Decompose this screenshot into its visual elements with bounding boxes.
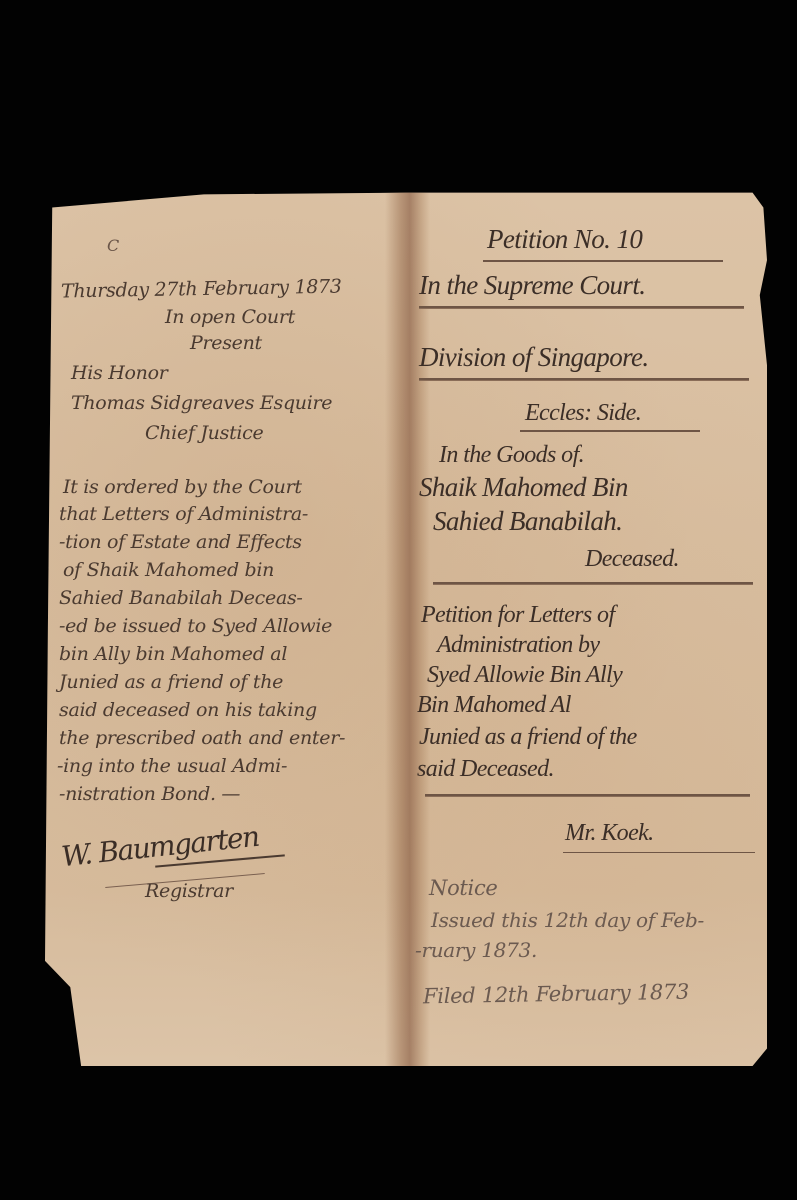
- order-line-9: said deceased on his taking: [59, 699, 317, 721]
- rule: [483, 260, 723, 262]
- document-sheet: C Thursday 27th February 1873 In open Co…: [45, 190, 767, 1066]
- petition-line-2: Administration by: [437, 632, 599, 659]
- rule: [425, 794, 750, 797]
- order-line-12: -nistration Bond. —: [59, 783, 240, 805]
- in-open-court: In open Court: [165, 306, 295, 328]
- rule: [563, 852, 755, 853]
- court-heading: In the Supreme Court.: [419, 270, 645, 301]
- deceased-name-line-2: Sahied Banabilah.: [433, 506, 622, 537]
- order-line-8: Junied as a friend of the: [59, 671, 283, 693]
- in-the-goods-of: In the Goods of.: [439, 442, 584, 469]
- order-line-3: -tion of Estate and Effects: [59, 531, 302, 553]
- petition-line-1: Petition for Letters of: [421, 602, 615, 629]
- petition-line-4: Bin Mahomed Al: [417, 692, 571, 719]
- division-heading: Division of Singapore.: [419, 342, 649, 373]
- ecclesiastical-side: Eccles: Side.: [525, 400, 641, 427]
- petition-line-5: Junied as a friend of the: [419, 724, 637, 751]
- rule: [419, 306, 744, 309]
- filed-date: Filed 12th February 1873: [423, 980, 689, 1009]
- order-line-7: bin Ally bin Mahomed al: [59, 643, 287, 665]
- order-line-5: Sahied Banabilah Deceas-: [59, 587, 303, 609]
- order-line-11: -ing into the usual Admi-: [57, 755, 287, 777]
- notice-label: Notice: [429, 876, 498, 900]
- judge-name: Thomas Sidgreaves Esquire: [71, 392, 332, 414]
- order-line-4: of Shaik Mahomed bin: [63, 559, 274, 581]
- right-page: Petition No. 10 In the Supreme Court. Di…: [415, 190, 765, 1066]
- order-line-1: It is ordered by the Court: [63, 476, 302, 498]
- petition-line-3: Syed Allowie Bin Ally: [427, 662, 622, 689]
- judge-title: Chief Justice: [145, 422, 263, 444]
- rule: [520, 430, 700, 432]
- present-label: Present: [190, 332, 262, 354]
- rule: [433, 582, 753, 585]
- deceased-name-line-1: Shaik Mahomed Bin: [419, 472, 628, 503]
- order-line-6: -ed be issued to Syed Allowie: [59, 615, 332, 637]
- registrar-title: Registrar: [145, 880, 233, 902]
- order-line-10: the prescribed oath and enter-: [59, 727, 345, 749]
- deceased-label: Deceased.: [585, 546, 679, 573]
- petition-line-6: said Deceased.: [417, 756, 554, 783]
- rule: [419, 378, 749, 381]
- petition-number: Petition No. 10: [487, 224, 642, 255]
- counsel-name: Mr. Koek.: [565, 820, 654, 847]
- his-honor: His Honor: [71, 362, 168, 384]
- left-page: C Thursday 27th February 1873 In open Co…: [45, 190, 385, 1066]
- notice-line-2: -ruary 1873.: [415, 938, 537, 962]
- notice-line-1: Issued this 12th day of Feb-: [431, 908, 704, 932]
- date-line: Thursday 27th February 1873: [61, 276, 342, 303]
- corner-mark: C: [107, 236, 119, 255]
- order-line-2: that Letters of Administra-: [59, 503, 308, 525]
